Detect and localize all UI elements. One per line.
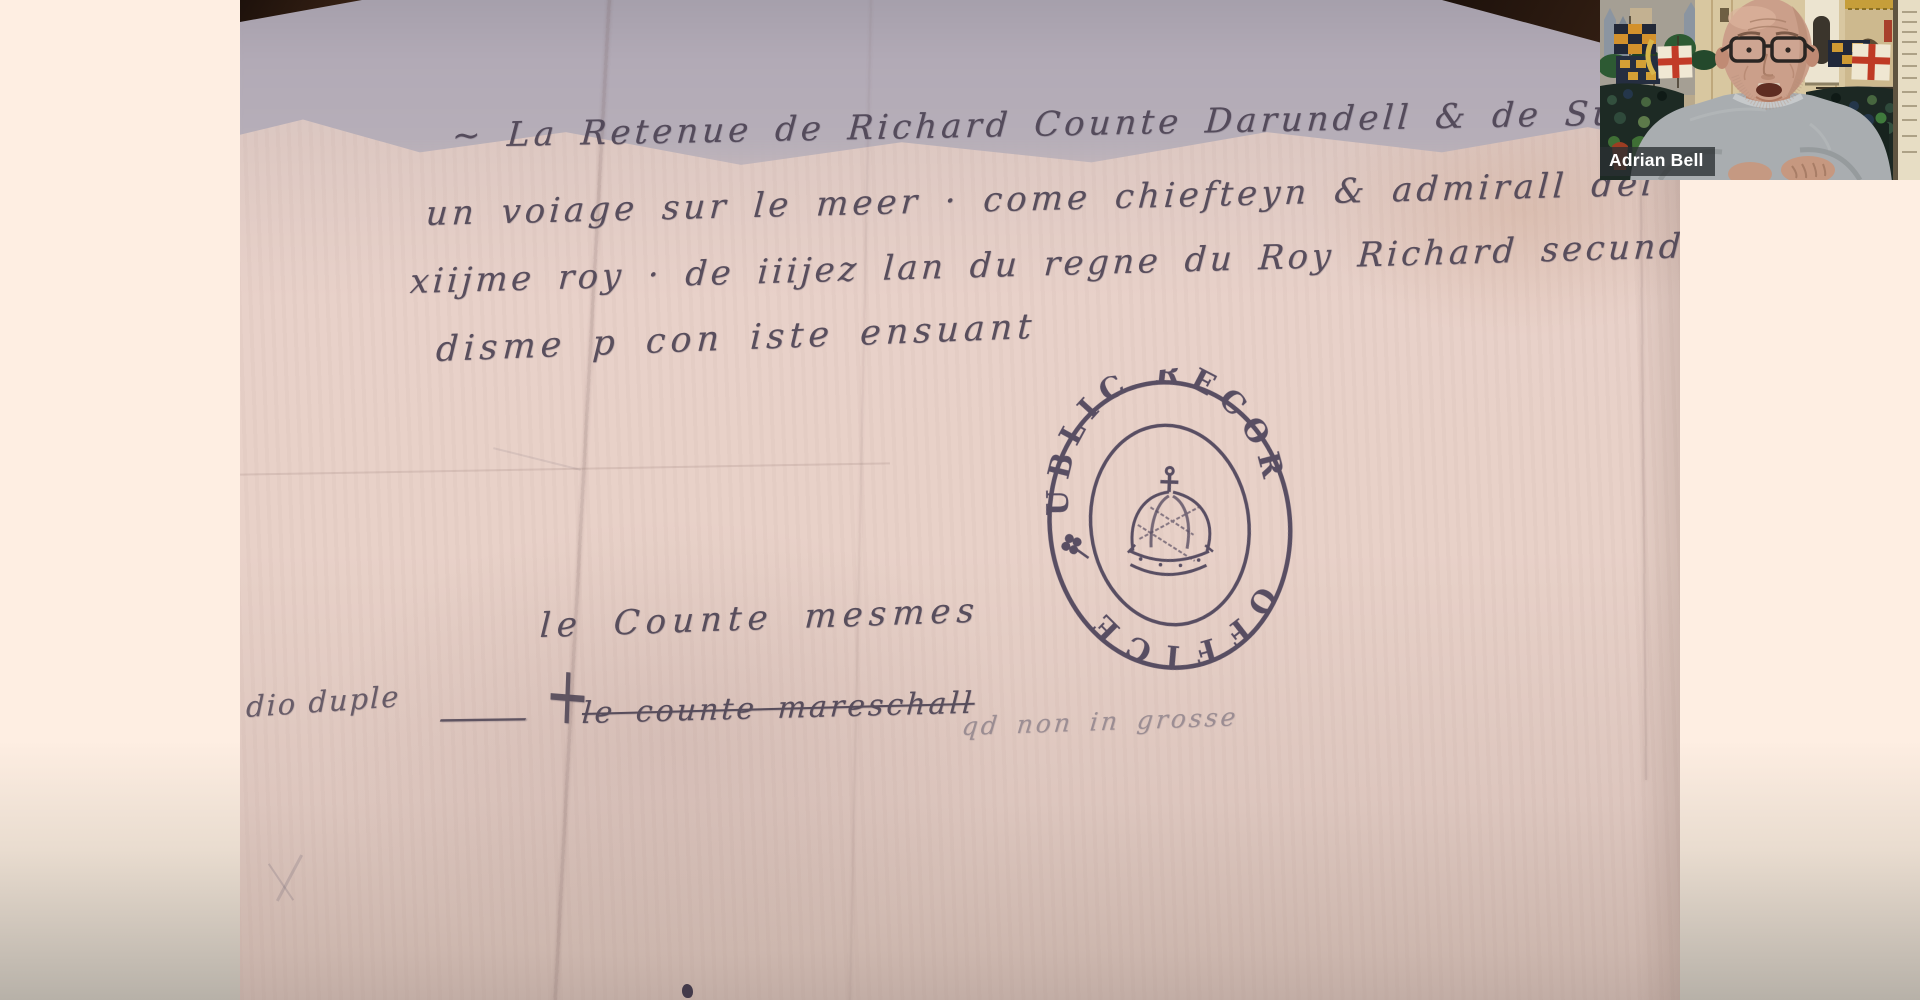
clover-icon xyxy=(1058,530,1089,565)
manuscript-line: un voiage sur le meer · come chiefteyn &… xyxy=(425,164,1658,234)
st-george-flag-icon xyxy=(1657,45,1692,78)
webcam-tile: Adrian Bell xyxy=(1600,0,1920,180)
margin-note: dio duple xyxy=(246,679,401,724)
participant-name-label: Adrian Bell xyxy=(1600,147,1715,176)
book-page xyxy=(1893,0,1920,180)
eye xyxy=(1746,47,1751,52)
svg-text:PUBLIC RECORD: PUBLIC RECORD xyxy=(1022,355,1293,522)
crown-icon xyxy=(1127,466,1216,576)
stamp-top-text: PUBLIC RECORD xyxy=(1022,355,1293,522)
struck-entry-line: le counte mareschall xyxy=(581,686,976,731)
document-photo: ~ La Retenue de Richard Counte Darundell… xyxy=(240,0,1680,1000)
manuscript-line: disme p con iste ensuant xyxy=(435,307,1037,370)
eye xyxy=(1785,47,1790,52)
manuscript-entry-line: le Counte mesmes xyxy=(539,591,981,646)
fold-line xyxy=(849,0,872,1000)
video-frame: ~ La Retenue de Richard Counte Darundell… xyxy=(0,0,1920,1000)
manuscript-line: xiijme roy · de iiijez lan du regne du R… xyxy=(409,226,1680,302)
st-george-flag-icon xyxy=(1851,43,1890,80)
ink-mark xyxy=(682,984,693,998)
public-record-office-stamp: PUBLIC RECORD OFFICE xyxy=(1022,355,1318,696)
faint-note: qd non in grosse xyxy=(960,702,1240,741)
pencil-mark xyxy=(493,447,581,471)
mouth xyxy=(1756,83,1782,97)
annotation-dash: — xyxy=(434,697,531,739)
